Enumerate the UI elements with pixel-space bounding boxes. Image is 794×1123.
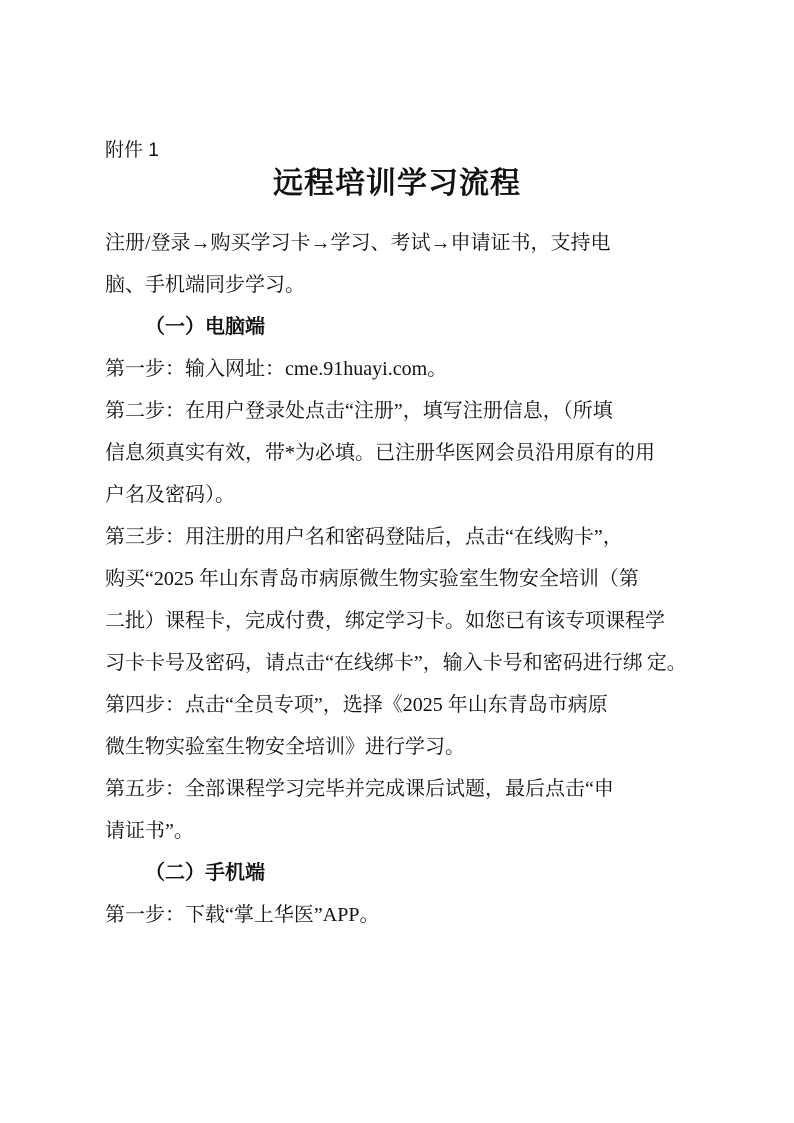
intro-paragraph: 注册/登录→购买学习卡→学习、考试→申请证书，支持电 脑、手机端同步学习。	[105, 222, 689, 306]
pc-step5-paragraph: 第五步：全部课程学习完毕并完成课后试题，最后点击“申 请证书”。	[105, 768, 689, 852]
step-line: 微生物实验室生物安全培训》进行学习。	[105, 736, 465, 758]
step-line: 信息须真实有效，带*为必填。已注册华医网会员沿用原有的用	[105, 442, 655, 464]
step-line: 第二步：在用户登录处点击“注册”，填写注册信息，（所填	[105, 400, 613, 422]
page-title: 远程培训学习流程	[105, 164, 689, 204]
step-line: 二批）课程卡，完成付费，绑定学习卡。如您已有该专项课程学	[105, 610, 665, 632]
section-heading-mobile: （二）手机端	[105, 852, 689, 894]
step-line: 购买“2025 年山东青岛市病原微生物实验室生物安全培训（第	[105, 568, 639, 590]
intro-line: 注册/登录→购买学习卡→学习、考试→申请证书，支持电	[105, 232, 611, 254]
step-line: 第一步：下载“掌上华医”APP。	[105, 904, 379, 926]
document-body: 注册/登录→购买学习卡→学习、考试→申请证书，支持电 脑、手机端同步学习。 （一…	[105, 222, 689, 936]
step-line: 户名及密码）。	[105, 484, 235, 506]
section-heading-pc: （一）电脑端	[105, 306, 689, 348]
step-line: 第四步：点击“全员专项”，选择《2025 年山东青岛市病原	[105, 694, 608, 716]
pc-step1-paragraph: 第一步：输入网址：cme.91huayi.com。	[105, 348, 689, 390]
mobile-step1-paragraph: 第一步：下载“掌上华医”APP。	[105, 894, 689, 936]
attachment-label: 附件 1	[105, 139, 159, 163]
step-line: 请证书”。	[105, 820, 194, 842]
step-line: 第三步：用注册的用户名和密码登陆后，点击“在线购卡”，	[105, 526, 623, 548]
document-page: 附件 1 远程培训学习流程 注册/登录→购买学习卡→学习、考试→申请证书，支持电…	[0, 0, 794, 1123]
step-line: 第五步：全部课程学习完毕并完成课后试题，最后点击“申	[105, 778, 614, 800]
step-line: 定。	[647, 652, 687, 674]
pc-step3-paragraph: 第三步：用注册的用户名和密码登陆后，点击“在线购卡”， 购买“2025 年山东青…	[105, 516, 689, 684]
intro-line: 脑、手机端同步学习。	[105, 274, 305, 296]
pc-step2-paragraph: 第二步：在用户登录处点击“注册”，填写注册信息，（所填 信息须真实有效，带*为必…	[105, 390, 689, 516]
step-line: 习卡卡号及密码，请点击“在线绑卡”，输入卡号和密码进行绑	[105, 652, 643, 674]
step-line: 第一步：输入网址：cme.91huayi.com。	[105, 358, 447, 380]
pc-step4-paragraph: 第四步：点击“全员专项”，选择《2025 年山东青岛市病原 微生物实验室生物安全…	[105, 684, 689, 768]
